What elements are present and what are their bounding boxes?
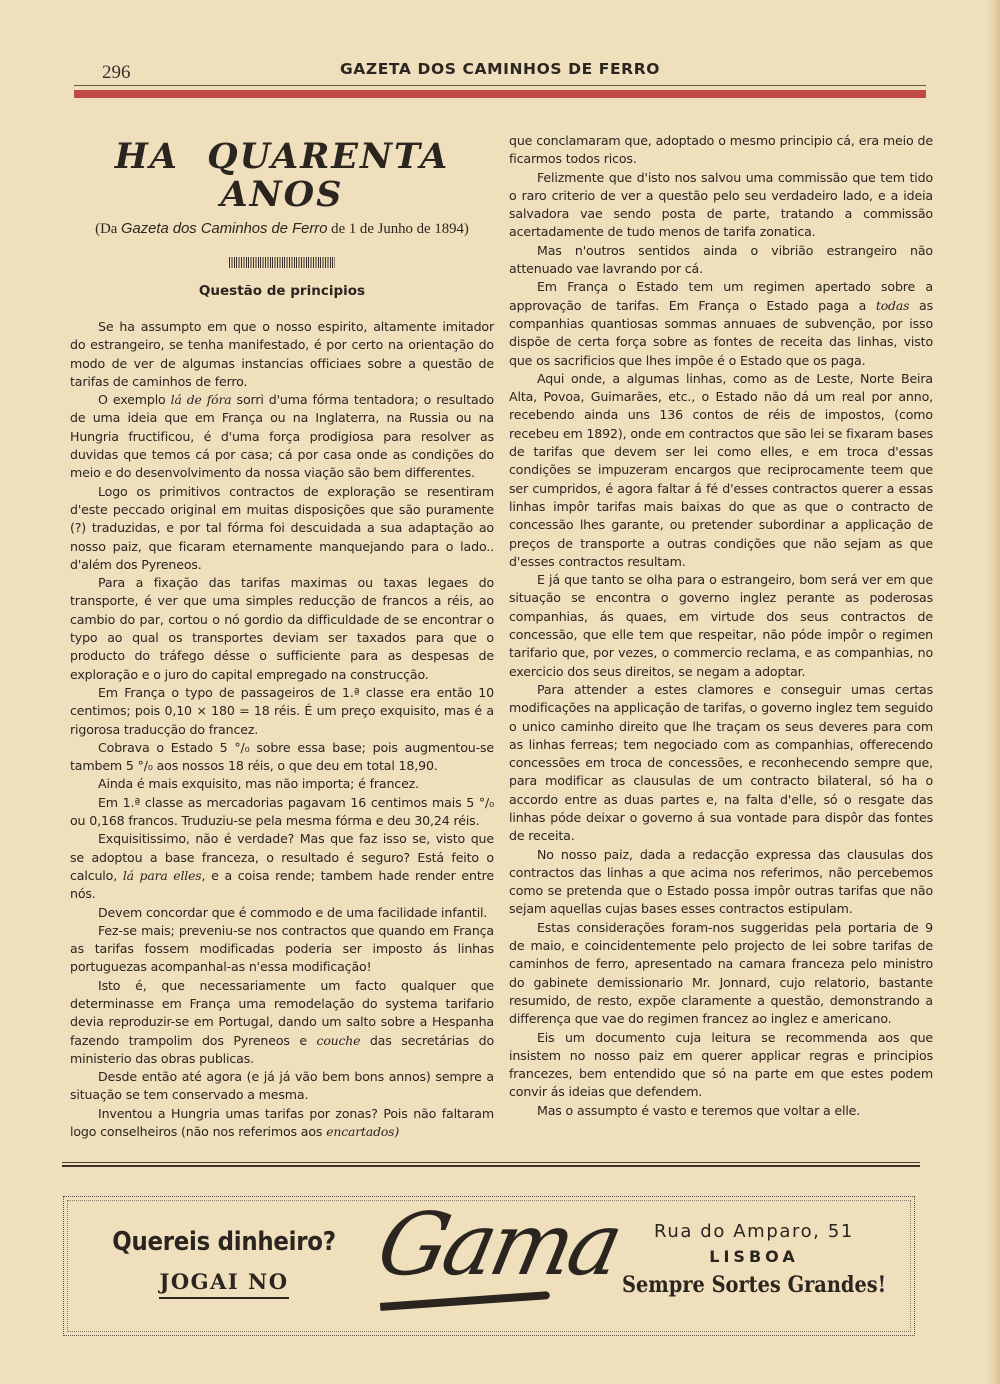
article-right-column: que conclamaram que, adoptado o mesmo pr… — [509, 132, 933, 1120]
paragraph: Estas considerações foram-nos suggeridas… — [509, 919, 933, 1029]
source-publication: Gazeta dos Caminhos de Ferro — [121, 221, 327, 237]
paragraph: Desde então até agora (e já já vão bem b… — [70, 1068, 494, 1105]
paragraph: Fez-se mais; preveniu-se nos contractos … — [70, 922, 494, 977]
paragraph: Inventou a Hungria umas tarifas por zona… — [70, 1105, 494, 1142]
ad-call-to-action: JOGAI NO — [159, 1269, 288, 1299]
header-rule-red — [74, 90, 926, 98]
ad-question: Quereis dinheiro? — [101, 1227, 347, 1257]
right-column-body: que conclamaram que, adoptado o mesmo pr… — [509, 132, 933, 1120]
article-subheading: Questão de principios — [70, 283, 494, 299]
article-left-column: HA QUARENTA ANOS (Da Gazeta dos Caminhos… — [70, 128, 494, 1141]
paragraph: Exquisitissimo, não é verdade? Mas que f… — [70, 830, 494, 903]
paragraph: Mas o assumpto é vasto e teremos que vol… — [509, 1102, 933, 1120]
ad-city: LISBOA — [604, 1247, 904, 1266]
italic-phrase: lá para elles — [123, 868, 202, 883]
italic-phrase: encartados) — [326, 1124, 399, 1139]
ad-brand-script: Gama — [369, 1195, 627, 1295]
ad-address: Rua do Amparo, 51 — [604, 1221, 904, 1242]
paragraph: Em França o Estado tem um regimen aperta… — [509, 278, 933, 369]
paragraph: Isto é, que necessariamente um facto qua… — [70, 977, 494, 1068]
running-title: GAZETA DOS CAMINHOS DE FERRO — [74, 60, 926, 78]
italic-phrase: lá de fóra — [171, 392, 232, 407]
paragraph: Se ha assumpto em que o nosso espirito, … — [70, 318, 494, 391]
footer-rule-thick — [62, 1165, 920, 1167]
footer-rule-thin — [62, 1162, 920, 1163]
paragraph: O exemplo lá de fóra sorri d'uma fórma t… — [70, 391, 494, 482]
advertisement-box: Quereis dinheiro? JOGAI NO Gama Rua do A… — [63, 1196, 915, 1336]
header-rule-thin — [74, 85, 926, 86]
ad-slogan: Sempre Sortes Grandes! — [622, 1272, 886, 1298]
paragraph: Logo os primitivos contractos de explora… — [70, 483, 494, 574]
paragraph: Para attender a estes clamores e consegu… — [509, 681, 933, 846]
source-prefix: (Da — [95, 221, 121, 237]
paragraph: Mas n'outros sentidos ainda o vibrião es… — [509, 242, 933, 279]
paragraph: Felizmente que d'isto nos salvou uma com… — [509, 169, 933, 242]
ad-right-block: Rua do Amparo, 51 LISBOA Sempre Sortes G… — [604, 1221, 904, 1298]
ad-left-block: Quereis dinheiro? JOGAI NO — [84, 1227, 364, 1299]
paragraph: E já que tanto se olha para o estrangeir… — [509, 571, 933, 681]
italic-phrase: todas — [876, 298, 909, 313]
paragraph: Devem concordar que é commodo e de uma f… — [70, 904, 494, 922]
torn-page-edge — [986, 0, 1000, 1384]
paragraph: Ainda é mais exquisito, mas não importa;… — [70, 775, 494, 793]
italic-phrase: couche — [317, 1033, 361, 1048]
article-source-line: (Da Gazeta dos Caminhos de Ferro de 1 de… — [70, 220, 494, 238]
gama-logo: Gama — [374, 1205, 604, 1325]
paragraph: Cobrava o Estado 5 °/₀ sobre essa base; … — [70, 739, 494, 776]
source-suffix: de 1 de Junho de 1894) — [327, 221, 468, 237]
left-column-body: Se ha assumpto em que o nosso espirito, … — [70, 318, 494, 1141]
paragraph: Para a fixação das tarifas maximas ou ta… — [70, 574, 494, 684]
page-header: 296 GAZETA DOS CAMINHOS DE FERRO — [74, 58, 926, 88]
paragraph-continued: que conclamaram que, adoptado o mesmo pr… — [509, 132, 933, 169]
paragraph: No nosso paiz, dada a redacção expressa … — [509, 846, 933, 919]
article-headline: HA QUARENTA ANOS — [70, 138, 494, 214]
paragraph: Eis um documento cuja leitura se recomme… — [509, 1029, 933, 1102]
paragraph: Em 1.ª classe as mercadorias pagavam 16 … — [70, 794, 494, 831]
paragraph: Em França o typo de passageiros de 1.ª c… — [70, 684, 494, 739]
ornament-divider — [229, 257, 335, 268]
paragraph: Aqui onde, a algumas linhas, como as de … — [509, 370, 933, 571]
